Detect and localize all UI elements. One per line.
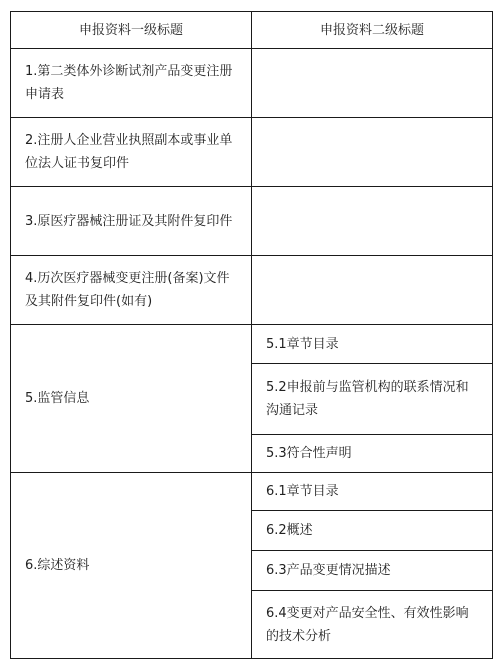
level1-cell: 3.原医疗器械注册证及其附件复印件 xyxy=(11,187,252,256)
table-row: 5.监管信息 5.1章节目录 xyxy=(11,325,493,364)
table-header-row: 申报资料一级标题 申报资料二级标题 xyxy=(11,12,493,49)
level2-cell-empty xyxy=(252,187,493,256)
level1-cell: 5.监管信息 xyxy=(11,325,252,473)
level2-cell: 6.1章节目录 xyxy=(252,473,493,511)
level1-cell: 1.第二类体外诊断试剂产品变更注册申请表 xyxy=(11,49,252,118)
table-row: 1.第二类体外诊断试剂产品变更注册申请表 xyxy=(11,49,493,118)
level2-cell: 6.3产品变更情况描述 xyxy=(252,551,493,591)
table-row: 4.历次医疗器械变更注册(备案)文件及其附件复印件(如有) xyxy=(11,256,493,325)
level2-cell: 5.1章节目录 xyxy=(252,325,493,364)
header-level2-title: 申报资料二级标题 xyxy=(252,12,493,49)
level2-cell: 5.2申报前与监管机构的联系情况和沟通记录 xyxy=(252,364,493,435)
level2-cell: 5.3符合性声明 xyxy=(252,435,493,473)
level2-cell: 6.4变更对产品安全性、有效性影响的技术分析 xyxy=(252,591,493,659)
level1-cell: 4.历次医疗器械变更注册(备案)文件及其附件复印件(如有) xyxy=(11,256,252,325)
table-row: 6.综述资料 6.1章节目录 xyxy=(11,473,493,511)
table-row: 2.注册人企业营业执照副本或事业单位法人证书复印件 xyxy=(11,118,493,187)
application-materials-table: 申报资料一级标题 申报资料二级标题 1.第二类体外诊断试剂产品变更注册申请表 2… xyxy=(10,11,493,659)
level2-cell-empty xyxy=(252,256,493,325)
level1-cell: 2.注册人企业营业执照副本或事业单位法人证书复印件 xyxy=(11,118,252,187)
level1-cell: 6.综述资料 xyxy=(11,473,252,659)
level2-cell-empty xyxy=(252,118,493,187)
table-row: 3.原医疗器械注册证及其附件复印件 xyxy=(11,187,493,256)
level2-cell-empty xyxy=(252,49,493,118)
level2-cell: 6.2概述 xyxy=(252,511,493,551)
header-level1-title: 申报资料一级标题 xyxy=(11,12,252,49)
